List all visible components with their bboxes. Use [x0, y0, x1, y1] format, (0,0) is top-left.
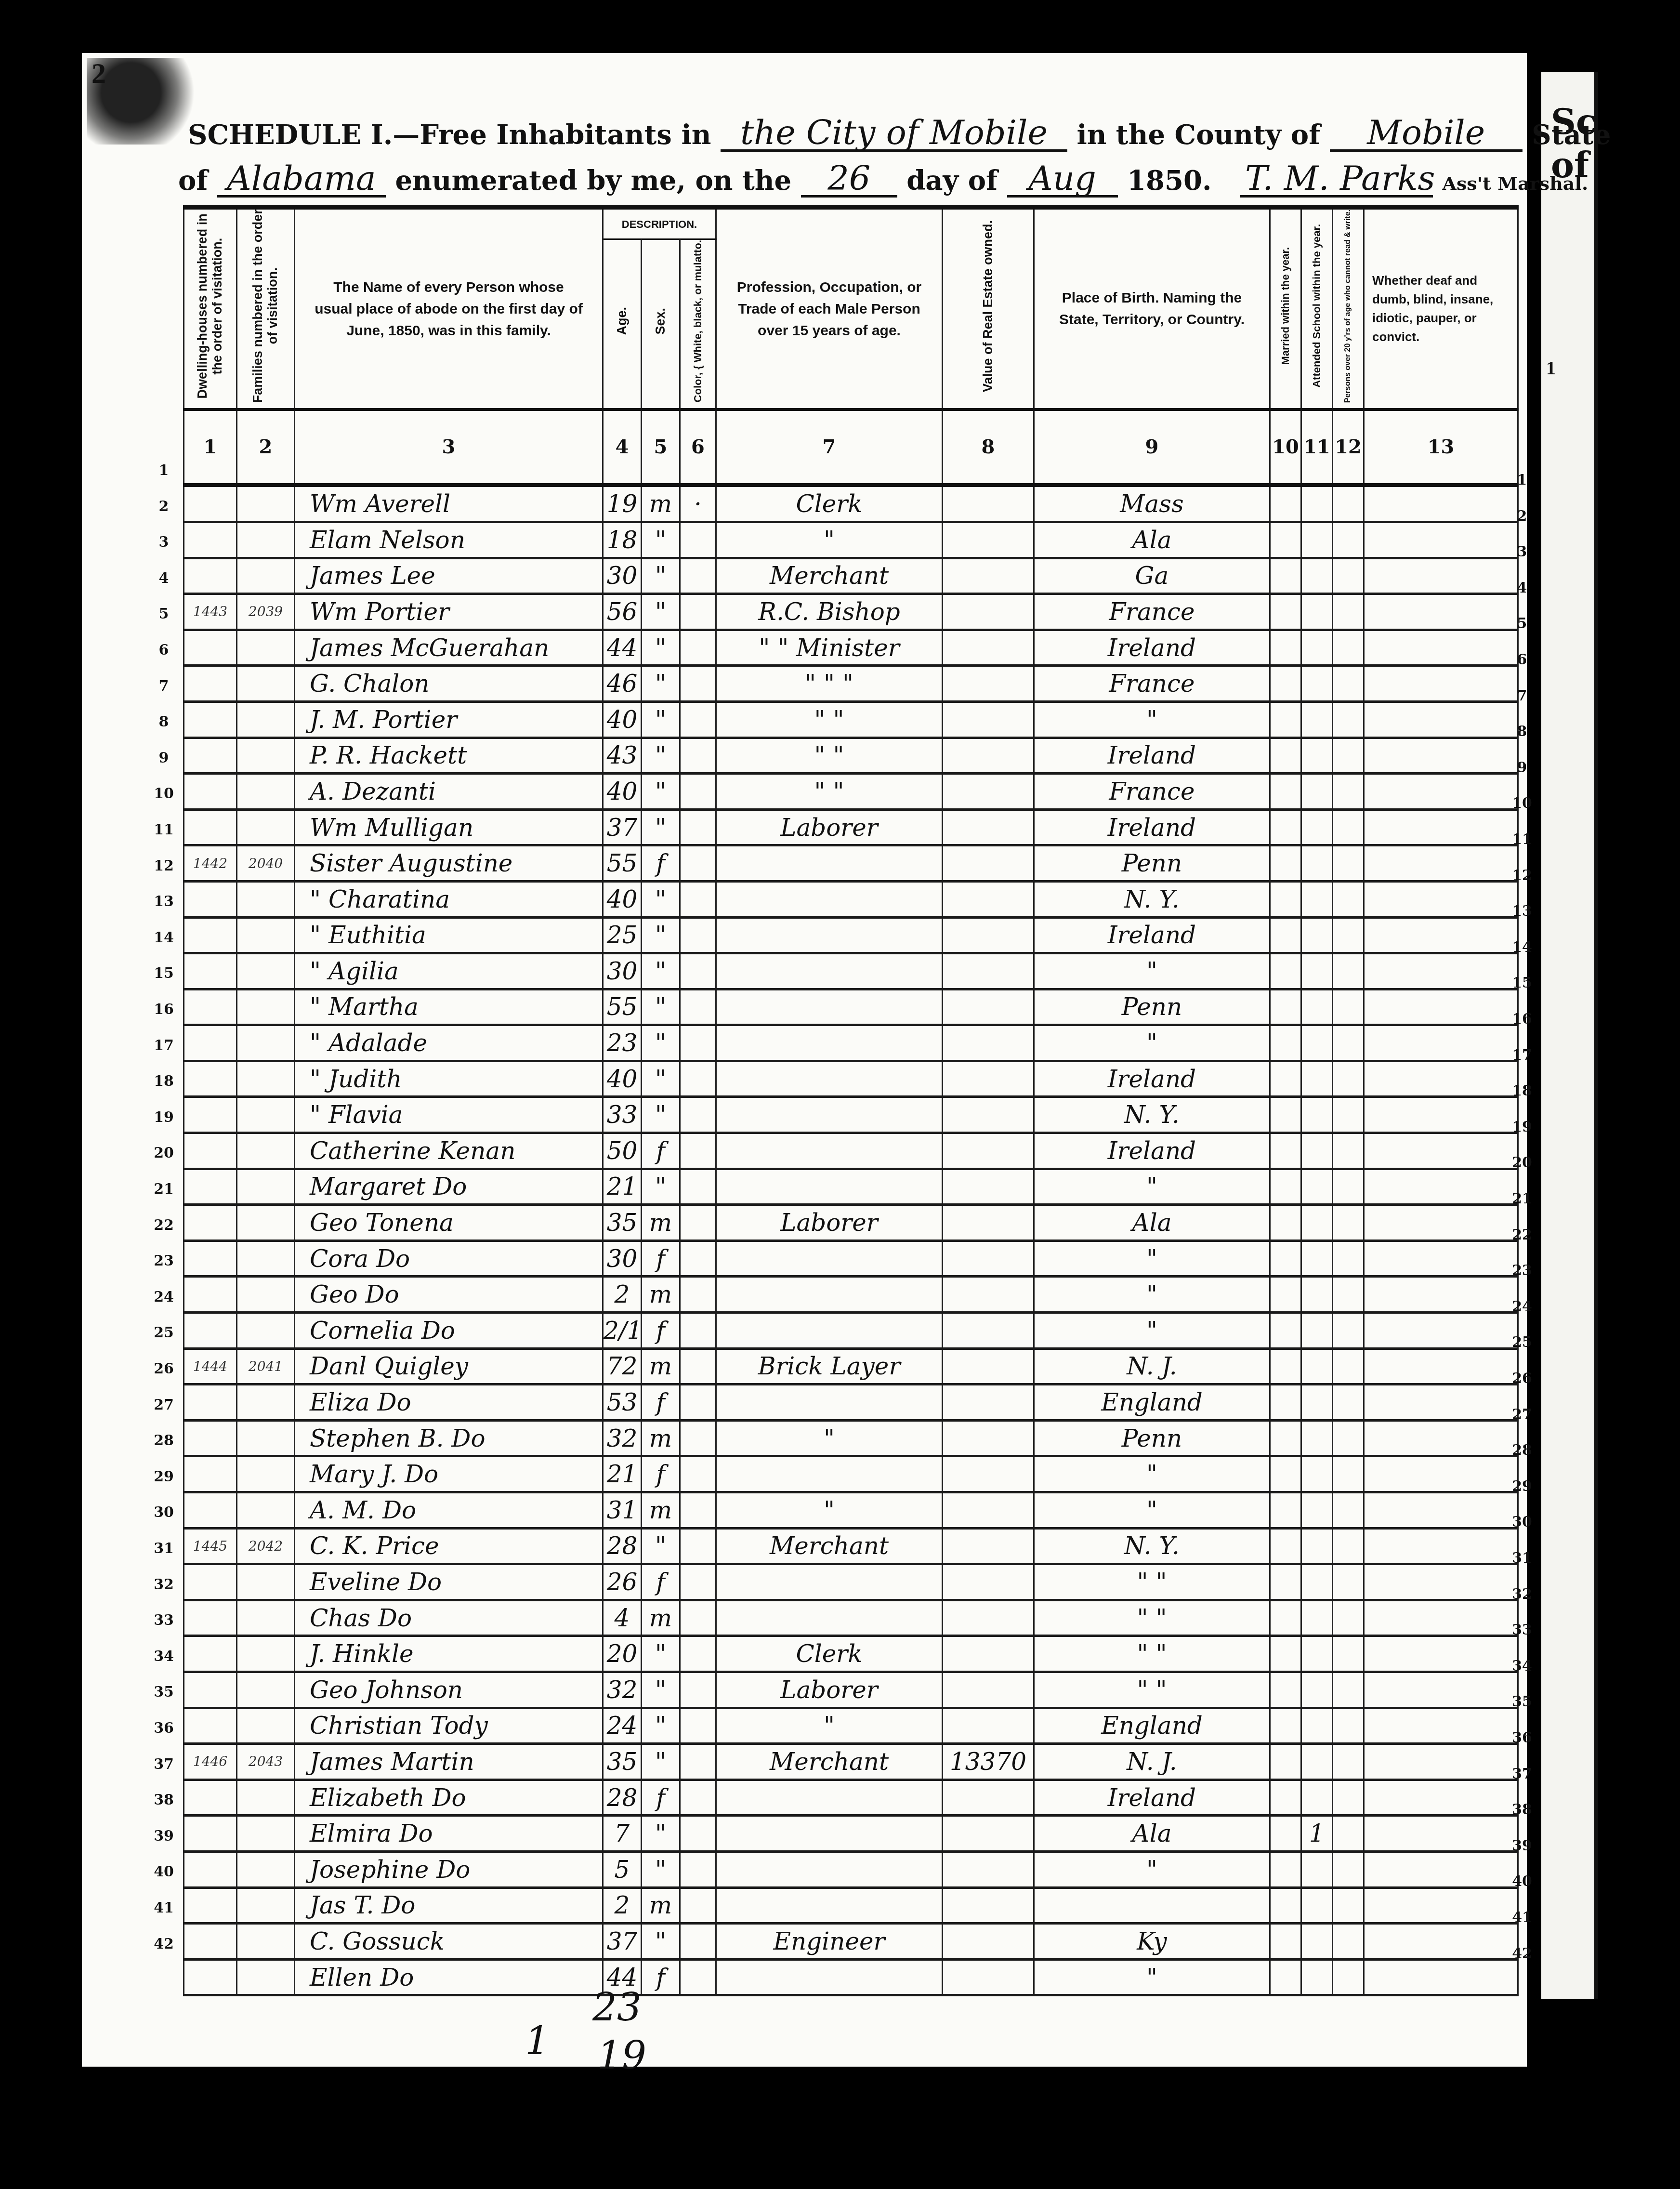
attended-school-cell [1301, 809, 1333, 845]
illiterate-cell [1333, 953, 1364, 989]
birthplace-cell: Penn [1034, 989, 1270, 1025]
married-cell [1270, 917, 1301, 953]
illiterate-cell [1333, 1277, 1364, 1313]
age-cell: 30 [603, 1240, 642, 1277]
age-cell: 72 [603, 1348, 642, 1385]
age-cell: 18 [603, 522, 642, 558]
birthplace-cell: Ireland [1034, 630, 1270, 666]
married-cell [1270, 1097, 1301, 1133]
occupation-cell: Laborer [716, 1205, 943, 1241]
line-number-left: 32 [149, 1576, 178, 1593]
color-cell [680, 1708, 716, 1744]
sex-cell: " [642, 917, 680, 953]
attended-school-cell [1301, 1456, 1333, 1492]
dwelling-number-cell [184, 1133, 237, 1169]
dwelling-number-cell [184, 1456, 237, 1492]
color-cell [680, 558, 716, 594]
person-name-cell: Geo Do [295, 1277, 603, 1313]
occupation-cell [716, 1097, 943, 1133]
attended-school-cell [1301, 1240, 1333, 1277]
line-number-right: 1 [1508, 472, 1536, 488]
line-number-right: 38 [1508, 1801, 1536, 1818]
color-cell [680, 1240, 716, 1277]
table-row: 14442041Danl Quigley72mBrick LayerN. J. [184, 1348, 1518, 1385]
line-number-right: 33 [1508, 1622, 1536, 1638]
married-cell [1270, 485, 1301, 522]
condition-cell [1364, 485, 1518, 522]
line-number-right: 15 [1508, 975, 1536, 991]
sex-cell: " [642, 1851, 680, 1887]
married-cell [1270, 1959, 1301, 1995]
person-name-cell: J. Hinkle [295, 1636, 603, 1672]
age-cell: 32 [603, 1420, 642, 1456]
married-cell [1270, 1924, 1301, 1960]
birthplace-cell: " [1034, 1025, 1270, 1061]
line-number-left: 10 [149, 785, 178, 802]
person-name-cell: P. R. Hackett [295, 738, 603, 774]
birthplace-cell: " [1034, 701, 1270, 738]
person-name-cell: " Adalade [295, 1025, 603, 1061]
color-cell [680, 953, 716, 989]
condition-cell [1364, 1061, 1518, 1097]
table-row: Mary J. Do21f" [184, 1456, 1518, 1492]
age-cell: 33 [603, 1097, 642, 1133]
table-row: Josephine Do5"" [184, 1851, 1518, 1887]
col-num: 13 [1364, 409, 1518, 485]
col-header-dwelling: Dwelling-houses numbered in the order of… [184, 207, 237, 409]
table-row: Eveline Do26f" " [184, 1564, 1518, 1600]
person-name-cell: " Charatina [295, 881, 603, 917]
age-cell: 19 [603, 485, 642, 522]
footer-tally-b: 23 [592, 1985, 642, 2030]
line-number-right: 6 [1508, 651, 1536, 668]
age-cell: 21 [603, 1169, 642, 1205]
color-cell [680, 1564, 716, 1600]
sex-cell: m [642, 1205, 680, 1241]
person-name-cell: Eveline Do [295, 1564, 603, 1600]
sex-cell: " [642, 1708, 680, 1744]
illiterate-cell [1333, 594, 1364, 630]
col-num: 6 [680, 409, 716, 485]
married-cell [1270, 1205, 1301, 1241]
real-estate-value-cell [943, 1025, 1034, 1061]
table-row: Stephen B. Do32m"Penn [184, 1420, 1518, 1456]
table-row: Eliza Do53fEngland [184, 1385, 1518, 1421]
illiterate-cell [1333, 1780, 1364, 1816]
real-estate-value-cell [943, 845, 1034, 882]
color-cell [680, 845, 716, 882]
col-header-family: Families numbered in the order of visita… [237, 207, 295, 409]
occupation-cell [716, 1240, 943, 1277]
occupation-cell: R.C. Bishop [716, 594, 943, 630]
birthplace-cell: England [1034, 1385, 1270, 1421]
sex-cell: f [642, 1240, 680, 1277]
line-number-right: 34 [1508, 1658, 1536, 1675]
line-number-left: 13 [149, 893, 178, 910]
census-rows: Wm Averell19m·ClerkMassElam Nelson18""Al… [184, 485, 1518, 1995]
sex-cell: " [642, 1025, 680, 1061]
line-number-left: 31 [149, 1540, 178, 1557]
line-number-left: 21 [149, 1181, 178, 1198]
condition-cell [1364, 1959, 1518, 1995]
line-number-left: 39 [149, 1828, 178, 1845]
occupation-cell [716, 1851, 943, 1887]
occupation-cell [716, 1887, 943, 1924]
line-number-right: 13 [1508, 903, 1536, 920]
sex-cell: " [642, 1061, 680, 1097]
illiterate-cell [1333, 666, 1364, 702]
occupation-cell [716, 1277, 943, 1313]
col-header-occupation: Profession, Occupation, or Trade of each… [716, 207, 943, 409]
age-cell: 4 [603, 1600, 642, 1636]
table-row: 14452042C. K. Price28"MerchantN. Y. [184, 1528, 1518, 1564]
attended-school-cell [1301, 738, 1333, 774]
occupation-cell [716, 1133, 943, 1169]
attended-school-cell [1301, 1528, 1333, 1564]
real-estate-value-cell [943, 1887, 1034, 1924]
line-number-left: 14 [149, 929, 178, 946]
sex-cell: " [642, 1097, 680, 1133]
birthplace-cell: " [1034, 1277, 1270, 1313]
footer-tally-c: 19 [597, 2033, 646, 2078]
line-number-right: 20 [1508, 1154, 1536, 1171]
attended-school-cell [1301, 1887, 1333, 1924]
condition-cell [1364, 1456, 1518, 1492]
illiterate-cell [1333, 845, 1364, 882]
birthplace-cell: " " [1034, 1636, 1270, 1672]
table-row: Elmira Do7"Ala1 [184, 1816, 1518, 1852]
sex-cell: m [642, 1887, 680, 1924]
birthplace-cell: France [1034, 774, 1270, 810]
real-estate-value-cell [943, 522, 1034, 558]
illiterate-cell [1333, 630, 1364, 666]
sex-cell: " [642, 666, 680, 702]
birthplace-cell [1034, 1887, 1270, 1924]
married-cell [1270, 1780, 1301, 1816]
age-cell: 37 [603, 1924, 642, 1960]
attended-school-cell [1301, 666, 1333, 702]
condition-cell [1364, 1600, 1518, 1636]
enumerated-label: enumerated by me, on the [395, 165, 791, 197]
dwelling-number-cell: 1442 [184, 845, 237, 882]
column-number-row: 1 2 3 4 5 6 7 8 9 10 11 12 13 [184, 409, 1518, 485]
state-field: Alabama [217, 161, 386, 198]
col-num: 12 [1333, 409, 1364, 485]
occupation-cell [716, 845, 943, 882]
real-estate-value-cell [943, 1528, 1034, 1564]
birthplace-cell: " " [1034, 1564, 1270, 1600]
line-number-left: 15 [149, 965, 178, 982]
table-row: " Judith40"Ireland [184, 1061, 1518, 1097]
birthplace-cell: Mass [1034, 485, 1270, 522]
married-cell [1270, 1744, 1301, 1780]
illiterate-cell [1333, 1816, 1364, 1852]
family-number-cell [237, 522, 295, 558]
color-cell [680, 522, 716, 558]
col-num: 10 [1270, 409, 1301, 485]
col-header-illiterate: Persons over 20 y'rs of age who cannot r… [1333, 207, 1364, 409]
person-name-cell: Sister Augustine [295, 845, 603, 882]
married-cell [1270, 881, 1301, 917]
family-number-cell [237, 1240, 295, 1277]
illiterate-cell [1333, 1600, 1364, 1636]
real-estate-value-cell [943, 989, 1034, 1025]
condition-cell [1364, 989, 1518, 1025]
dwelling-number-cell [184, 1277, 237, 1313]
line-number-right: 16 [1508, 1011, 1536, 1028]
col-num: 11 [1301, 409, 1333, 485]
family-number-cell [237, 558, 295, 594]
sex-cell: m [642, 485, 680, 522]
person-name-cell: Christian Tody [295, 1708, 603, 1744]
occupation-cell [716, 1025, 943, 1061]
dwelling-number-cell [184, 1313, 237, 1349]
color-cell [680, 1169, 716, 1205]
sex-cell: m [642, 1492, 680, 1529]
illiterate-cell [1333, 1528, 1364, 1564]
sex-cell: " [642, 809, 680, 845]
line-number-left: 40 [149, 1863, 178, 1880]
attended-school-cell [1301, 1959, 1333, 1995]
line-number-right: 26 [1508, 1370, 1536, 1387]
sex-cell: " [642, 1636, 680, 1672]
dwelling-number-cell [184, 522, 237, 558]
color-cell [680, 594, 716, 630]
occupation-cell [716, 1456, 943, 1492]
col-header-condition: Whether deaf and dumb, blind, insane, id… [1364, 207, 1518, 409]
age-cell: 55 [603, 845, 642, 882]
condition-cell [1364, 666, 1518, 702]
person-name-cell: " Martha [295, 989, 603, 1025]
line-number-left: 18 [149, 1073, 178, 1090]
description-group-header: DESCRIPTION. [603, 207, 716, 239]
line-number-right: 4 [1508, 580, 1536, 596]
birthplace-cell: France [1034, 594, 1270, 630]
birthplace-cell: N. Y. [1034, 1528, 1270, 1564]
sex-cell: f [642, 1385, 680, 1421]
condition-cell [1364, 1313, 1518, 1349]
age-cell: 46 [603, 666, 642, 702]
dwelling-number-cell [184, 1887, 237, 1924]
birthplace-cell: " " [1034, 1600, 1270, 1636]
real-estate-value-cell [943, 1133, 1034, 1169]
real-estate-value-cell [943, 1240, 1034, 1277]
condition-cell [1364, 1492, 1518, 1529]
sex-cell: m [642, 1348, 680, 1385]
line-number-left: 35 [149, 1684, 178, 1701]
line-number-left: 7 [149, 678, 178, 695]
real-estate-value-cell [943, 881, 1034, 917]
attended-school-cell [1301, 1385, 1333, 1421]
occupation-cell [716, 1600, 943, 1636]
color-cell [680, 1528, 716, 1564]
color-cell [680, 1025, 716, 1061]
married-cell [1270, 1348, 1301, 1385]
person-name-cell: " Euthitia [295, 917, 603, 953]
line-number-right: 28 [1508, 1442, 1536, 1459]
married-cell [1270, 630, 1301, 666]
person-name-cell: Ellen Do [295, 1959, 603, 1995]
real-estate-value-cell [943, 1205, 1034, 1241]
col-num: 2 [237, 409, 295, 485]
occupation-cell [716, 917, 943, 953]
birthplace-cell: " [1034, 1313, 1270, 1349]
married-cell [1270, 1708, 1301, 1744]
color-cell [680, 738, 716, 774]
real-estate-value-cell [943, 809, 1034, 845]
color-cell [680, 1924, 716, 1960]
table-row: G. Chalon46"" " "France [184, 666, 1518, 702]
illiterate-cell [1333, 1097, 1364, 1133]
dwelling-number-cell [184, 1780, 237, 1816]
col-header-color: Color, { White, black, or mulatto. [680, 239, 716, 410]
line-number-right: 23 [1508, 1262, 1536, 1279]
real-estate-value-cell [943, 666, 1034, 702]
col-num: 1 [184, 409, 237, 485]
line-number-right: 12 [1508, 867, 1536, 884]
age-cell: 55 [603, 989, 642, 1025]
married-cell [1270, 1025, 1301, 1061]
sex-cell: " [642, 594, 680, 630]
marshal-field: T. M. Parks [1240, 161, 1433, 198]
attended-school-cell [1301, 1600, 1333, 1636]
birthplace-cell: Ireland [1034, 1780, 1270, 1816]
real-estate-value-cell [943, 1924, 1034, 1960]
occupation-cell: Laborer [716, 809, 943, 845]
age-cell: 44 [603, 630, 642, 666]
table-row: J. Hinkle20"Clerk" " [184, 1636, 1518, 1672]
dwelling-number-cell [184, 1385, 237, 1421]
age-cell: 7 [603, 1816, 642, 1852]
sex-cell: m [642, 1277, 680, 1313]
color-cell [680, 1636, 716, 1672]
family-number-cell [237, 701, 295, 738]
dwelling-number-cell [184, 1097, 237, 1133]
line-number-left: 9 [149, 750, 178, 766]
condition-cell [1364, 1708, 1518, 1744]
married-cell [1270, 1672, 1301, 1708]
age-cell: 35 [603, 1205, 642, 1241]
table-row: " Charatina40"N. Y. [184, 881, 1518, 917]
condition-cell [1364, 1277, 1518, 1313]
line-number-right: 5 [1508, 615, 1536, 632]
real-estate-value-cell [943, 1780, 1034, 1816]
dwelling-number-cell [184, 1025, 237, 1061]
illiterate-cell [1333, 1564, 1364, 1600]
table-row: Elizabeth Do28fIreland [184, 1780, 1518, 1816]
family-number-cell [237, 1420, 295, 1456]
occupation-cell: Brick Layer [716, 1348, 943, 1385]
col-header-age: Age. [603, 239, 642, 410]
age-cell: 53 [603, 1385, 642, 1421]
col-header-real-estate: Value of Real Estate owned. [943, 207, 1034, 409]
condition-cell [1364, 1385, 1518, 1421]
place-field: the City of Mobile [721, 116, 1067, 152]
line-number-right: 42 [1508, 1945, 1536, 1962]
age-cell: 37 [603, 809, 642, 845]
family-number-cell [237, 1169, 295, 1205]
col-num: 4 [603, 409, 642, 485]
condition-cell [1364, 522, 1518, 558]
married-cell [1270, 1169, 1301, 1205]
line-number-left: 19 [149, 1109, 178, 1126]
person-name-cell: Geo Tonena [295, 1205, 603, 1241]
line-number-left: 27 [149, 1397, 178, 1413]
sex-cell: f [642, 1313, 680, 1349]
line-number-left: 8 [149, 713, 178, 730]
real-estate-value-cell [943, 1348, 1034, 1385]
occupation-cell: " " " [716, 666, 943, 702]
color-cell [680, 809, 716, 845]
line-number-right: 36 [1508, 1729, 1536, 1746]
illiterate-cell [1333, 1672, 1364, 1708]
condition-cell [1364, 738, 1518, 774]
census-table: Dwelling-houses numbered in the order of… [183, 205, 1519, 1996]
person-name-cell: Eliza Do [295, 1385, 603, 1421]
attended-school-cell [1301, 917, 1333, 953]
occupation-cell: " [716, 1492, 943, 1529]
sex-cell: " [642, 1816, 680, 1852]
color-cell [680, 1851, 716, 1887]
dwelling-number-cell: 1444 [184, 1348, 237, 1385]
line-number-left: 37 [149, 1756, 178, 1773]
line-number-left: 42 [149, 1936, 178, 1952]
state-label: State [1532, 119, 1611, 151]
table-row: Wm Mulligan37"LaborerIreland [184, 809, 1518, 845]
table-row: A. M. Do31m"" [184, 1492, 1518, 1529]
family-number-cell [237, 953, 295, 989]
condition-cell [1364, 1780, 1518, 1816]
birthplace-cell: N. J. [1034, 1348, 1270, 1385]
family-number-cell [237, 989, 295, 1025]
age-cell: 56 [603, 594, 642, 630]
birthplace-cell: Penn [1034, 1420, 1270, 1456]
married-cell [1270, 1420, 1301, 1456]
birthplace-cell: Ga [1034, 558, 1270, 594]
color-cell [680, 1385, 716, 1421]
birthplace-cell: Ireland [1034, 809, 1270, 845]
col-header-name: The Name of every Person whose usual pla… [295, 207, 603, 409]
sex-cell: " [642, 1924, 680, 1960]
person-name-cell: Catherine Kenan [295, 1133, 603, 1169]
sex-cell: f [642, 1456, 680, 1492]
dwelling-number-cell [184, 630, 237, 666]
family-number-cell [237, 1492, 295, 1529]
table-row: Ellen Do44f" [184, 1959, 1518, 1995]
dwelling-number-cell [184, 774, 237, 810]
table-row: James Lee30"MerchantGa [184, 558, 1518, 594]
of-label: of [178, 165, 208, 197]
month-field: Aug [1007, 161, 1118, 198]
married-cell [1270, 774, 1301, 810]
color-cell [680, 1959, 716, 1995]
line-number-right: 35 [1508, 1693, 1536, 1710]
sex-cell: " [642, 630, 680, 666]
family-number-cell [237, 1851, 295, 1887]
family-number-cell [237, 1205, 295, 1241]
illiterate-cell [1333, 1851, 1364, 1887]
married-cell [1270, 701, 1301, 738]
family-number-cell [237, 1672, 295, 1708]
condition-cell [1364, 1816, 1518, 1852]
married-cell [1270, 558, 1301, 594]
sex-cell: f [642, 1133, 680, 1169]
married-cell [1270, 1887, 1301, 1924]
color-cell [680, 1133, 716, 1169]
color-cell [680, 1205, 716, 1241]
color-cell [680, 701, 716, 738]
table-row: 14462043James Martin35"Merchant13370N. J… [184, 1744, 1518, 1780]
